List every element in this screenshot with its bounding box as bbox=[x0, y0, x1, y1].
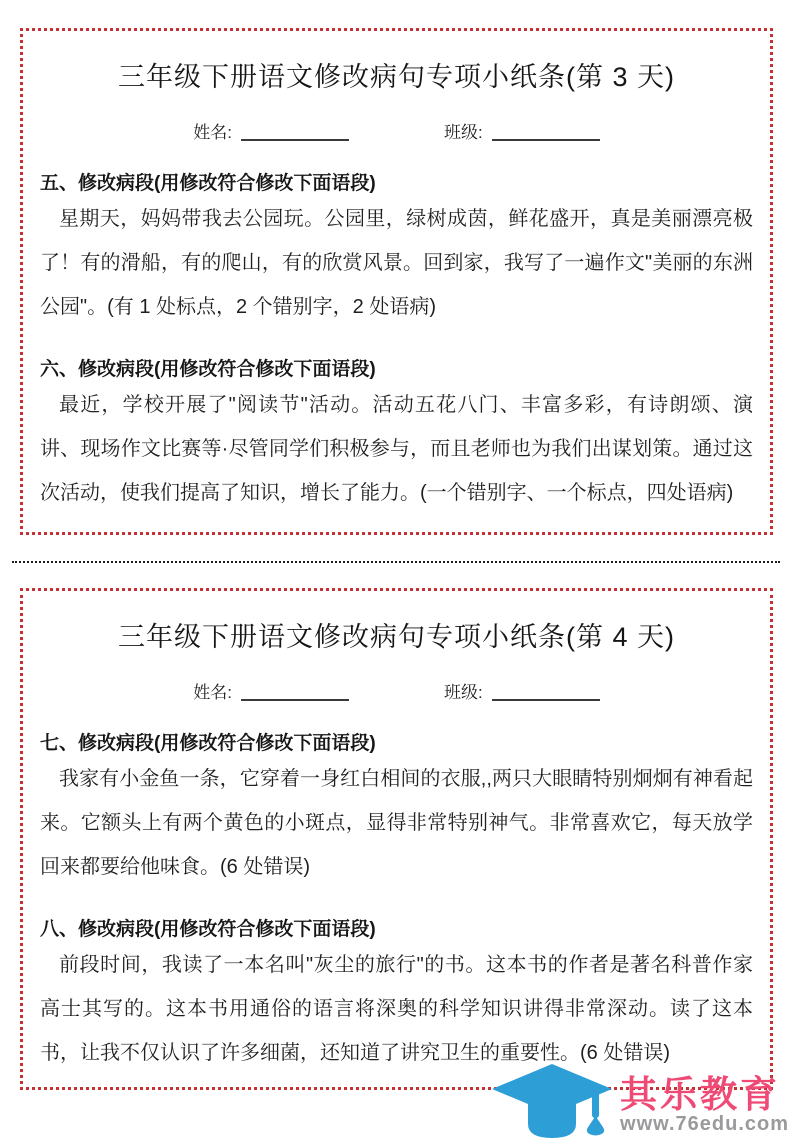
class-blank-line bbox=[492, 696, 600, 701]
brand-name: 其乐教育 bbox=[620, 1076, 791, 1113]
worksheet-title: 三年级下册语文修改病句专项小纸条(第 3 天) bbox=[40, 31, 753, 94]
exercise-6-heading: 六、修改病段(用修改符合修改下面语段) bbox=[40, 354, 753, 381]
name-label: 姓名: bbox=[193, 678, 232, 703]
cut-divider bbox=[12, 561, 780, 563]
class-label: 班级: bbox=[444, 118, 483, 143]
exercise-7-paragraph: 我家有小金鱼一条，它穿着一身红白相间的衣服,,两只大眼睛特别炯炯有神看起来。它额… bbox=[40, 757, 753, 889]
class-field: 班级: bbox=[444, 678, 600, 703]
brand-url: www.76edu.com bbox=[620, 1114, 791, 1134]
exercise-7-heading: 七、修改病段(用修改符合修改下面语段) bbox=[40, 728, 753, 755]
exercise-5-paragraph: 星期天，妈妈带我去公园玩。公园里，绿树成茵，鲜花盛开，真是美丽漂亮极了！有的滑船… bbox=[40, 197, 753, 329]
name-field: 姓名: bbox=[193, 118, 349, 143]
brand-logo: 其乐教育 www.76edu.com bbox=[488, 1062, 791, 1148]
name-field: 姓名: bbox=[193, 678, 349, 703]
exercise-8-heading: 八、修改病段(用修改符合修改下面语段) bbox=[40, 914, 753, 941]
graduation-cap-icon bbox=[488, 1062, 616, 1148]
class-blank-line bbox=[492, 136, 600, 141]
exercise-8-paragraph: 前段时间，我读了一本名叫"灰尘的旅行"的书。这本书的作者是著名科普作家高士其写的… bbox=[40, 943, 753, 1075]
name-blank-line bbox=[241, 696, 349, 701]
worksheet-title: 三年级下册语文修改病句专项小纸条(第 4 天) bbox=[40, 591, 753, 654]
name-label: 姓名: bbox=[193, 118, 232, 143]
exercise-6-paragraph: 最近，学校开展了"阅读节"活动。活动五花八门、丰富多彩，有诗朗颂、演讲、现场作文… bbox=[40, 383, 753, 515]
worksheet-card-day3: 三年级下册语文修改病句专项小纸条(第 3 天) 姓名: 班级: 五、修改病段(用… bbox=[20, 28, 773, 535]
name-blank-line bbox=[241, 136, 349, 141]
brand-text-block: 其乐教育 www.76edu.com bbox=[620, 1076, 791, 1134]
name-class-row: 姓名: 班级: bbox=[40, 118, 753, 143]
class-label: 班级: bbox=[444, 678, 483, 703]
name-class-row: 姓名: 班级: bbox=[40, 678, 753, 703]
worksheet-card-day4: 三年级下册语文修改病句专项小纸条(第 4 天) 姓名: 班级: 七、修改病段(用… bbox=[20, 588, 773, 1090]
class-field: 班级: bbox=[444, 118, 600, 143]
exercise-5-heading: 五、修改病段(用修改符合修改下面语段) bbox=[40, 168, 753, 195]
